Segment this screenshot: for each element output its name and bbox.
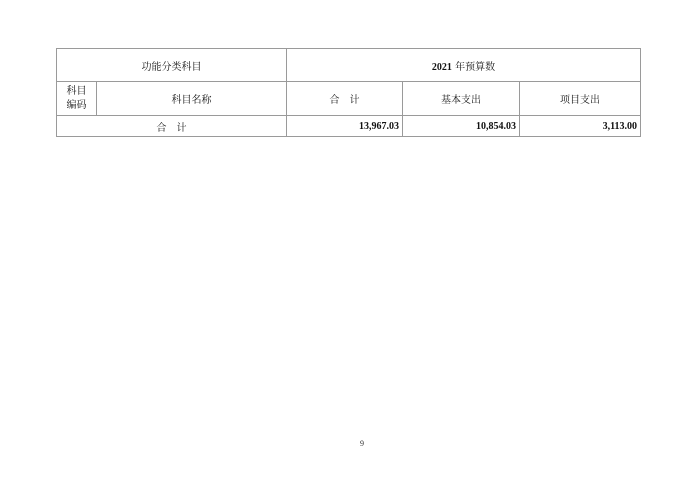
page-number: 9 [360,439,364,448]
header-row: 功能分类科目 2021 年预算数 [57,49,641,82]
basic-expenditure-value: 10,854.03 [403,116,520,137]
budget-table: 功能分类科目 2021 年预算数 科目 编码 科目名称 合 计 基本支出 项目支… [56,48,641,137]
subject-name-header: 科目名称 [97,82,287,116]
subject-code-header: 科目 编码 [57,82,97,116]
total-row-label: 合 计 [57,116,287,137]
functional-category-header: 功能分类科目 [57,49,287,82]
basic-expenditure-header: 基本支出 [403,82,520,116]
project-expenditure-header: 项目支出 [520,82,641,116]
budget-title-suffix: 年预算数 [452,62,495,73]
budget-year: 2021 [432,62,452,73]
total-row: 合 计 13,967.03 10,854.03 3,113.00 [57,116,641,137]
total-header: 合 计 [287,82,403,116]
total-value: 13,967.03 [287,116,403,137]
project-expenditure-value: 3,113.00 [520,116,641,137]
subheader-row: 科目 编码 科目名称 合 计 基本支出 项目支出 [57,82,641,116]
budget-year-header: 2021 年预算数 [287,49,641,82]
